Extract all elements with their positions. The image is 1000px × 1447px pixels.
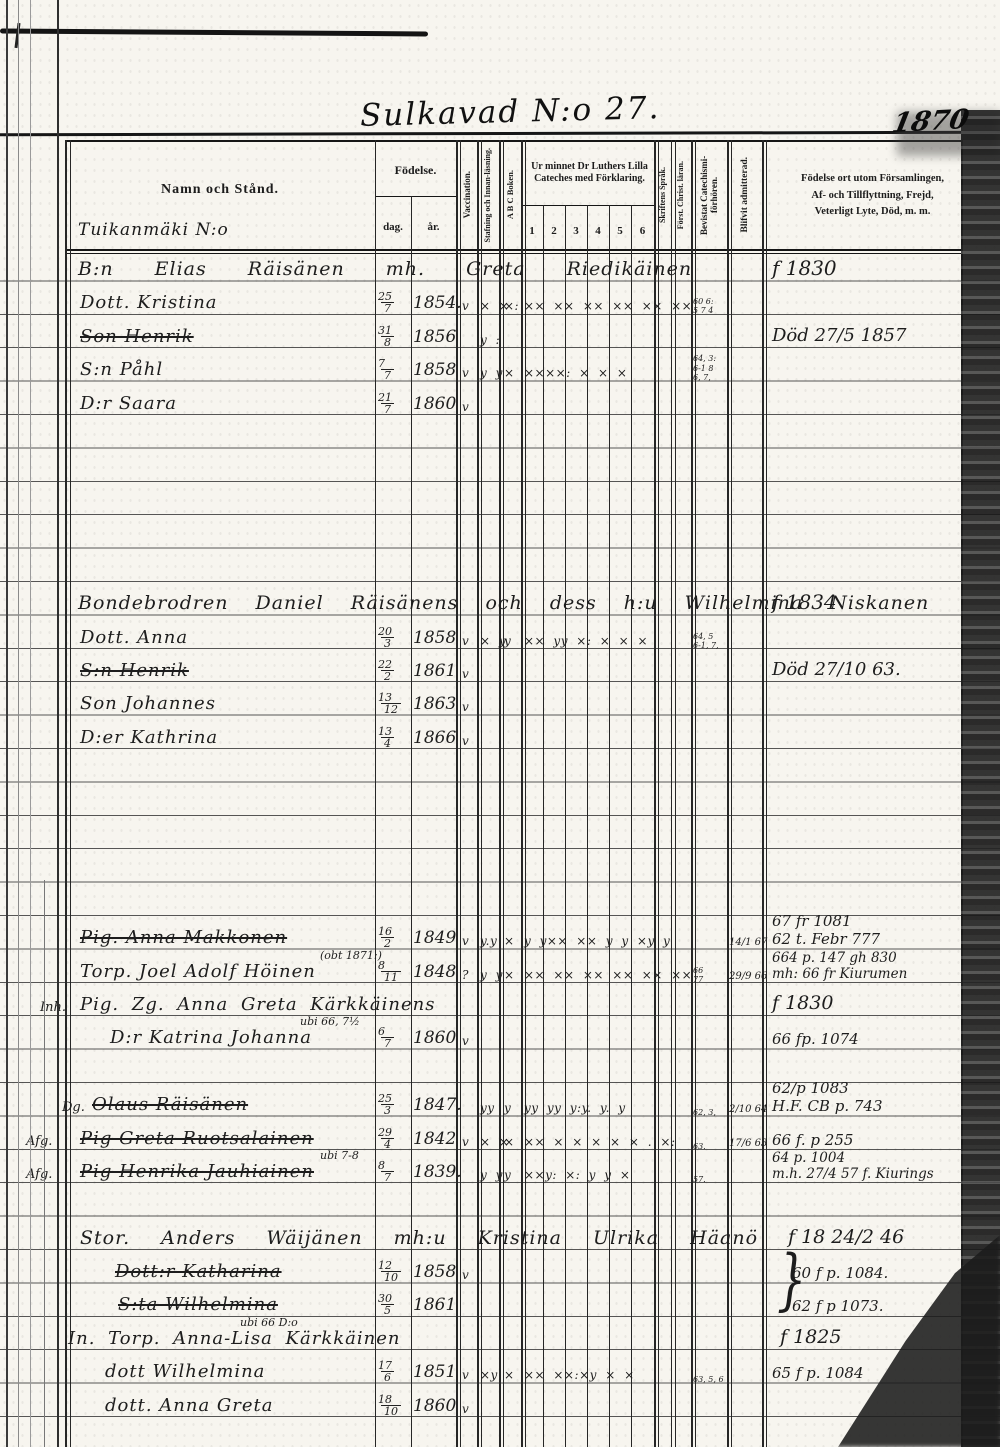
header-remarks: Födelse ort utom Församlingen, Af- och T… bbox=[762, 142, 983, 250]
birth-year: 1854. bbox=[413, 295, 462, 313]
register-row: D:r Katrina Johannaubi 66, 7½671860v66 f… bbox=[0, 1020, 1000, 1050]
vaccination-mark: v bbox=[462, 935, 469, 948]
abc-marks: × bbox=[504, 1136, 515, 1149]
row-remarks: 67 fr 1081 62 t. Febr 777 bbox=[772, 912, 880, 948]
reading-marks: y y bbox=[480, 969, 503, 982]
register-row: Afg.Pig Henrika Jauhiainenubi 7-8871839.… bbox=[0, 1154, 1000, 1184]
row-name: S:ta Wilhelmina bbox=[118, 1296, 278, 1315]
row-remarks: f 1830 bbox=[772, 256, 837, 280]
header-catechism-label: Ur minnet Dr Luthers Lilla Cateches med … bbox=[523, 161, 656, 186]
catechism-marks: ×× × × × × × . ×: bbox=[524, 1136, 676, 1149]
admitted-date: 17/6 63 bbox=[729, 1138, 767, 1149]
header-abc-label: A B C Boken. bbox=[505, 170, 515, 219]
cat-col-3: 3 bbox=[573, 225, 579, 237]
catechism-marks: ××××: × × × bbox=[524, 367, 627, 380]
header-attended: Bevistat Catechismi-förhören. bbox=[691, 143, 727, 247]
header-birth: Födelse. bbox=[375, 150, 456, 190]
row-name: Pig Greta Ruotsalainen bbox=[80, 1130, 314, 1149]
birth-year: 1856 bbox=[413, 329, 456, 347]
birth-year: 1858 bbox=[413, 630, 456, 648]
birth-year: 1858 bbox=[413, 362, 456, 380]
row-note: ubi 66, 7½ bbox=[300, 1016, 360, 1028]
vaccination-mark: v bbox=[462, 1403, 469, 1416]
birth-year: 1863 bbox=[413, 696, 456, 714]
birth-year: 1851 bbox=[413, 1364, 456, 1382]
birth-day-fraction: 811 bbox=[378, 960, 401, 983]
header-birth-year: år. bbox=[411, 210, 456, 244]
birth-day-fraction: 67 bbox=[378, 1026, 394, 1049]
abc-marks: × bbox=[504, 1369, 515, 1382]
birth-day-fraction: 305 bbox=[378, 1293, 394, 1316]
vaccination-mark: v bbox=[462, 300, 469, 313]
attended-notes: 64, 3: 6-1 8 6, 7, bbox=[693, 354, 716, 382]
catechism-marks: y y×× ×× y y ×y y bbox=[524, 935, 670, 948]
header-catechism: Ur minnet Dr Luthers Lilla Cateches med … bbox=[521, 142, 658, 204]
header-christ-label: Först. Christ. läran. bbox=[676, 161, 686, 229]
register-row: D:er Kathrina1341866v bbox=[0, 720, 1000, 750]
birth-day-fraction: 1210 bbox=[378, 1260, 401, 1283]
register-row: Son Johannes13121863v bbox=[0, 686, 1000, 716]
row-remarks: 60 f p. 1084. bbox=[792, 1264, 888, 1282]
register-row: In. Torp. Anna-Lisa Kärkkäinenubi 66 D:o… bbox=[0, 1321, 1000, 1351]
row-note: (obt 1871:) bbox=[320, 950, 382, 962]
row-name: Stor. Anders Wäijänen mh:u Kristina Ulri… bbox=[80, 1229, 758, 1249]
header-vaccination: Vaccination. bbox=[456, 143, 477, 247]
birth-year: 1849 bbox=[413, 930, 456, 948]
vaccination-mark: v bbox=[462, 1269, 469, 1282]
row-name: Pig Henrika Jauhiainen bbox=[80, 1163, 314, 1182]
row-remarks: f 1825 bbox=[780, 1326, 841, 1349]
birth-day-fraction: 294 bbox=[378, 1127, 394, 1150]
catechism-marks: ×× yy ×: × × × bbox=[524, 635, 648, 648]
register-row: S:n Henrik2221861vDöd 27/10 63. bbox=[0, 653, 1000, 683]
abc-marks: y bbox=[504, 1169, 511, 1182]
row-name: Dott. Anna bbox=[80, 629, 188, 648]
register-row: Dott. Kristina2571854.v× ××:×× ×× ×× ×× … bbox=[0, 285, 1000, 315]
row-name: Olaus Räisänen bbox=[92, 1096, 248, 1115]
header-birth-day-label: dag. bbox=[383, 221, 403, 233]
header-admitted-label: Blifvit admitterad. bbox=[740, 157, 750, 232]
vaccination-mark: v bbox=[462, 735, 469, 748]
catechism-marks: yy yy y:y. y. y bbox=[524, 1102, 625, 1115]
register-row: Stor. Anders Wäijänen mh:u Kristina Ulri… bbox=[0, 1221, 1000, 1251]
attended-notes: 57. bbox=[693, 1175, 706, 1184]
header-cat-1: 1 bbox=[521, 218, 543, 244]
row-name: dott. Anna Greta bbox=[105, 1397, 274, 1416]
row-note: ubi 66 D:o bbox=[240, 1317, 298, 1329]
catechism-marks: ×× ×× ×× ×× ×× ×× bbox=[524, 969, 692, 982]
scan-edge-line-1 bbox=[6, 0, 8, 1447]
register-row: Torp. Joel Adolf Höinen(obt 1871:)811184… bbox=[0, 954, 1000, 984]
vaccination-mark: v bbox=[462, 701, 469, 714]
row-name: D:r Katrina Johanna bbox=[110, 1029, 312, 1048]
register-row: Dott:r Katharina12101858v60 f p. 1084. bbox=[0, 1254, 1000, 1284]
reading-marks: yy bbox=[480, 1102, 495, 1115]
row-name: dott Wilhelmina bbox=[105, 1363, 265, 1382]
admitted-date: 29/9 66 bbox=[729, 971, 767, 982]
birth-year: 1861 bbox=[413, 663, 456, 681]
header-birth-label: Födelse. bbox=[395, 163, 437, 178]
attended-notes: 66 77 bbox=[693, 966, 703, 984]
attended-notes: 64, 5 6-1, 7, bbox=[693, 632, 719, 650]
birth-day-fraction: 1312 bbox=[378, 692, 401, 715]
vaccination-mark: v bbox=[462, 1035, 469, 1048]
header-cat-6: 6 bbox=[631, 218, 654, 244]
catechism-marks: ××y: ×: y y × bbox=[524, 1169, 630, 1182]
row-remarks: f 1834 bbox=[772, 590, 837, 614]
vaccination-mark: v bbox=[462, 367, 469, 380]
header-village-handwritten: Tuikanmäki N:o bbox=[78, 220, 229, 240]
register-row: Inh.Pig. Zg. Anna Greta Kärkkäinensf 183… bbox=[0, 987, 1000, 1017]
scan-edge-line-3 bbox=[30, 0, 31, 1447]
birth-day-fraction: 203 bbox=[378, 626, 394, 649]
row-remarks: f 1830 bbox=[772, 992, 833, 1015]
register-row: dott. Anna Greta18101860v bbox=[0, 1388, 1000, 1418]
admitted-date: 2/10 64 bbox=[729, 1104, 767, 1115]
abc-marks: y bbox=[504, 1102, 511, 1115]
row-name: S:n Henrik bbox=[80, 662, 189, 681]
abc-marks: × bbox=[504, 935, 515, 948]
birth-day-fraction: 77 bbox=[378, 358, 394, 381]
row-name: D:er Kathrina bbox=[80, 729, 218, 748]
abc-marks: × bbox=[504, 969, 515, 982]
header-reading: Stafning och Innan-läsning. bbox=[477, 143, 499, 247]
attended-notes: 63. bbox=[693, 1142, 706, 1151]
scan-edge-line-2 bbox=[18, 0, 19, 1447]
vaccination-mark: v bbox=[462, 668, 469, 681]
page-year: 1870 bbox=[890, 104, 972, 139]
birth-header-divider bbox=[375, 196, 456, 197]
row-remarks: 62/p 1083 H.F. CB p. 743 bbox=[772, 1079, 883, 1115]
reading-marks: ×y bbox=[480, 1369, 498, 1382]
abc-marks: × bbox=[504, 367, 515, 380]
reading-marks: y y bbox=[480, 1169, 503, 1182]
row-remarks: 66 f. p 255 bbox=[772, 1131, 853, 1149]
row-name: Torp. Joel Adolf Höinen bbox=[80, 963, 316, 982]
header-cat-5: 5 bbox=[609, 218, 631, 244]
birth-day-fraction: 176 bbox=[378, 1360, 394, 1383]
register-row: Dott. Anna2031858v× yy×× yy ×: × × ×64, … bbox=[0, 620, 1000, 650]
cat-col-1: 1 bbox=[529, 225, 535, 237]
register-row: S:n Påhl771858vy y×××××: × × ×64, 3: 6-1… bbox=[0, 352, 1000, 382]
birth-day-fraction: 253 bbox=[378, 1093, 394, 1116]
scanned-parish-register-page: Sulkavad N:o 27. 1870 Namn och Stånd. Tu… bbox=[0, 0, 1000, 1447]
row-name: D:r Saara bbox=[80, 395, 177, 414]
birth-day-fraction: 257 bbox=[378, 291, 394, 314]
birth-day-fraction: 318 bbox=[378, 325, 394, 348]
birth-year: 1860 bbox=[413, 396, 456, 414]
vaccination-mark: ? bbox=[462, 969, 469, 982]
birth-year: 1842 bbox=[413, 1131, 456, 1149]
cat-col-4: 4 bbox=[595, 225, 601, 237]
catechism-marks: ×× ××:×y × × bbox=[524, 1369, 635, 1382]
header-script-label: Skriftens Språk. bbox=[658, 167, 668, 223]
row-name: S:n Påhl bbox=[80, 361, 163, 380]
birth-day-fraction: 87 bbox=[378, 1160, 394, 1183]
attended-notes: 60 6: 5 7 4 bbox=[693, 297, 714, 315]
attended-notes: 63, 5, 6 bbox=[693, 1375, 724, 1384]
cat-col-6: 6 bbox=[640, 225, 646, 237]
header-vaccination-label: Vaccination. bbox=[462, 171, 472, 218]
row-remarks: 64 p. 1004 m.h. 27/4 57 f. Kiurings bbox=[772, 1150, 934, 1182]
row-name: Pig. Anna Makkonen bbox=[80, 929, 287, 948]
row-remarks: Död 27/5 1857 bbox=[772, 325, 906, 347]
row-name: Dott. Kristina bbox=[80, 294, 218, 313]
row-name: Pig. Zg. Anna Greta Kärkkäinens bbox=[80, 996, 435, 1015]
page-title: Sulkavad N:o 27. bbox=[360, 90, 661, 134]
birth-day-fraction: 1810 bbox=[378, 1394, 401, 1417]
admitted-date: 14/1 67 bbox=[729, 937, 767, 948]
birth-year: 1866 bbox=[413, 730, 456, 748]
header-reading-label: Stafning och Innan-läsning. bbox=[483, 148, 493, 242]
vaccination-mark: v bbox=[462, 1136, 469, 1149]
header-admitted: Blifvit admitterad. bbox=[727, 143, 762, 247]
reading-marks: y : bbox=[480, 334, 500, 347]
abc-marks: y bbox=[504, 635, 511, 648]
header-name-label: Namn och Stånd. bbox=[161, 182, 279, 198]
row-remarks: 664 p. 147 gh 830 mh: 66 fr Kiurumen bbox=[772, 950, 907, 982]
header-cat-4: 4 bbox=[587, 218, 609, 244]
row-note: ubi 7-8 bbox=[320, 1150, 359, 1162]
row-remarks: 66 fp. 1074 bbox=[772, 1030, 859, 1048]
header-christ: Först. Christ. läran. bbox=[671, 143, 691, 247]
register-row: Son Henrik3181856y :Död 27/5 1857 bbox=[0, 319, 1000, 349]
cat-col-2: 2 bbox=[551, 225, 557, 237]
title-rule bbox=[0, 131, 1000, 137]
row-remarks: 65 f p. 1084 bbox=[772, 1364, 864, 1382]
vaccination-mark: v bbox=[462, 635, 469, 648]
reading-marks: y.y bbox=[480, 935, 497, 948]
header-abc: A B C Boken. bbox=[499, 143, 521, 247]
row-margin-note: Dg. bbox=[62, 1101, 85, 1115]
register-row: D:r Saara2171860v bbox=[0, 386, 1000, 416]
birth-year: 1860 bbox=[413, 1030, 456, 1048]
birth-year: 1860 bbox=[413, 1398, 456, 1416]
register-row: S:ta Wilhelmina305186162 f p 1073. bbox=[0, 1287, 1000, 1317]
reading-marks: y y bbox=[480, 367, 503, 380]
vaccination-mark: v bbox=[462, 401, 469, 414]
row-name: Dott:r Katharina bbox=[115, 1263, 282, 1282]
birth-day-fraction: 134 bbox=[378, 726, 394, 749]
birth-year: 1847. bbox=[413, 1097, 462, 1115]
header-name-col: Namn och Stånd. bbox=[65, 150, 375, 230]
register-row: Pig. Anna Makkonen1621849vy.y×y y×× ×× y… bbox=[0, 920, 1000, 950]
grouping-brace: } bbox=[777, 1240, 806, 1318]
header-birth-year-label: år. bbox=[427, 221, 439, 233]
reading-marks: × y bbox=[480, 635, 506, 648]
catechism-marks: ×× ×× ×× ×× ×× ×× bbox=[524, 300, 692, 313]
header-attended-label: Bevistat Catechismi-förhören. bbox=[699, 143, 719, 247]
scan-artifact-top-bar bbox=[0, 29, 428, 37]
cat-col-5: 5 bbox=[617, 225, 623, 237]
scan-edge-line-5 bbox=[44, 880, 45, 1447]
birth-day-fraction: 222 bbox=[378, 659, 394, 682]
header-remarks-label: Födelse ort utom Församlingen, Af- och T… bbox=[801, 171, 944, 221]
birth-day-fraction: 162 bbox=[378, 926, 394, 949]
register-row: Afg.Pig Greta Ruotsalainen2941842v× ××××… bbox=[0, 1121, 1000, 1151]
header-cat-3: 3 bbox=[565, 218, 587, 244]
birth-day-fraction: 217 bbox=[378, 392, 394, 415]
header-cat-2: 2 bbox=[543, 218, 565, 244]
register-row: dott Wilhelmina1761851v×y××× ××:×y × ×63… bbox=[0, 1354, 1000, 1384]
row-name: In. Torp. Anna-Lisa Kärkkäinen bbox=[68, 1330, 400, 1349]
birth-year: 1861 bbox=[413, 1297, 456, 1315]
row-name: Son Henrik bbox=[80, 328, 194, 347]
register-row: Dg.Olaus Räisänen2531847.yyyyy yy y:y. y… bbox=[0, 1087, 1000, 1117]
vaccination-mark: v bbox=[462, 1369, 469, 1382]
register-row: Bondebrodren Daniel Räisänens och dess h… bbox=[0, 586, 1000, 616]
scan-edge-line-4 bbox=[57, 0, 59, 1447]
header-script: Skriftens Språk. bbox=[654, 143, 671, 247]
row-name: Son Johannes bbox=[80, 695, 216, 714]
birth-year: 1848 bbox=[413, 964, 456, 982]
attended-notes: 62, 3, bbox=[693, 1108, 716, 1117]
row-name: B:n Elias Räisänen mh. Greta Riedikäinen bbox=[78, 260, 692, 280]
header-birth-day: dag. bbox=[375, 210, 411, 244]
register-row: B:n Elias Räisänen mh. Greta Riedikäinen… bbox=[0, 252, 1000, 282]
row-remarks: Död 27/10 63. bbox=[772, 659, 901, 681]
birth-year: 1858 bbox=[413, 1264, 456, 1282]
birth-year: 1839. bbox=[413, 1164, 462, 1182]
abc-marks: ×: bbox=[504, 300, 519, 313]
